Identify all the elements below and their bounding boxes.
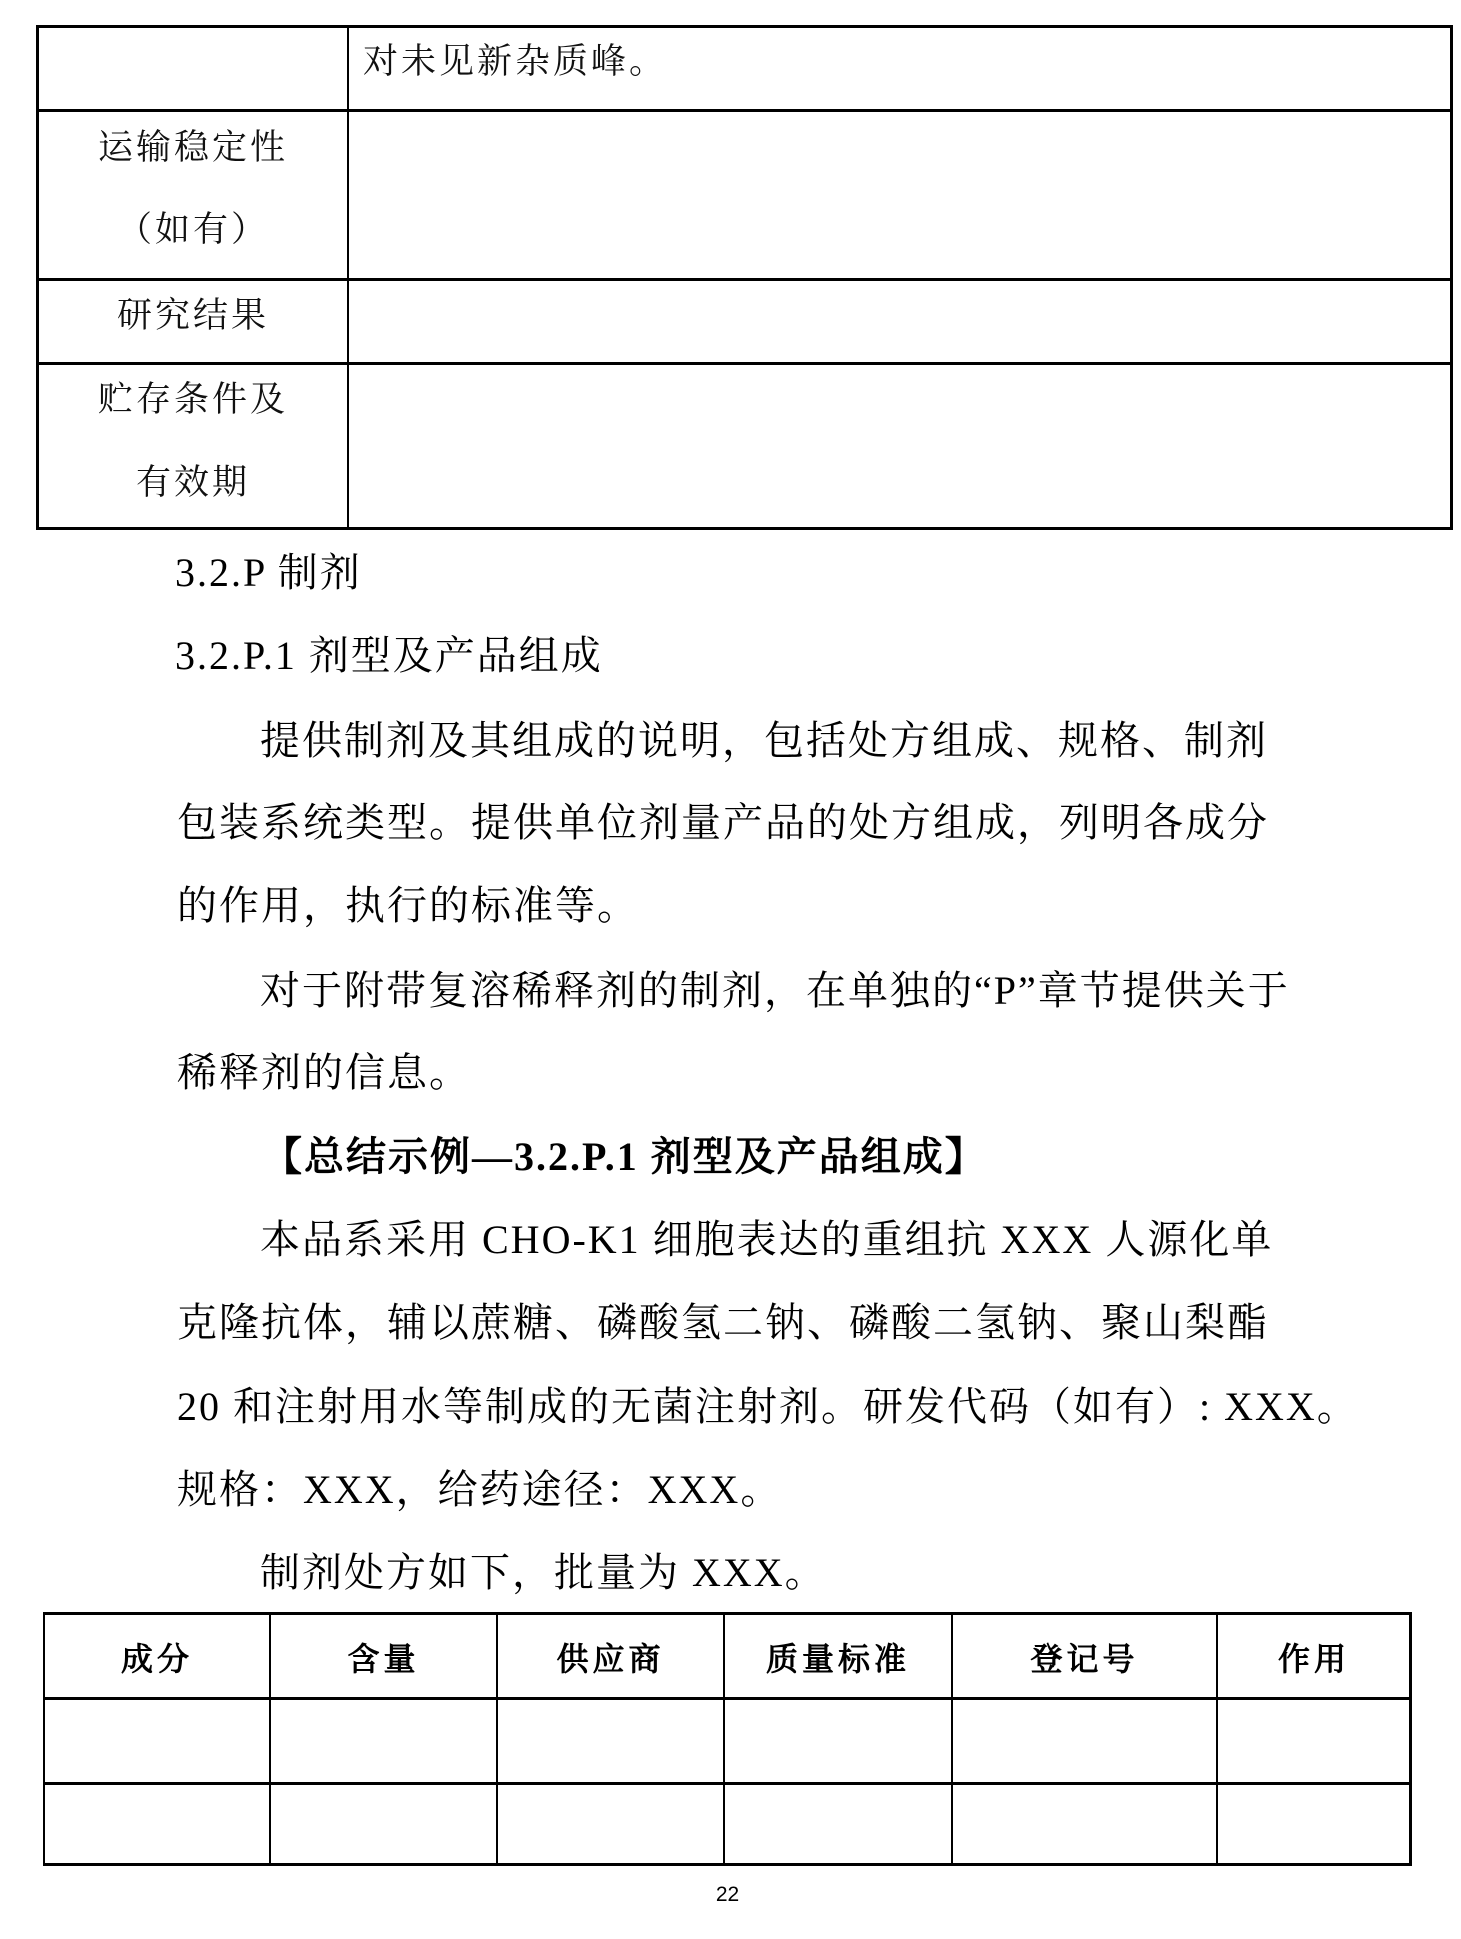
paragraph-line: 对于附带复溶稀释剂的制剂，在单独的“P”章节提供关于: [260, 967, 1290, 1015]
table-cell: [498, 1700, 723, 1783]
row-divider: [39, 109, 1450, 112]
example-heading: 【总结示例—3.2.P.1 剂型及产品组成】: [262, 1133, 987, 1181]
section-subheading: 3.2.P.1 剂型及产品组成: [175, 632, 603, 680]
paragraph-line: 提供制剂及其组成的说明，包括处方组成、规格、制剂: [260, 717, 1268, 765]
table-cell-label: （如有）: [39, 208, 347, 252]
table-cell: [45, 1785, 269, 1868]
table-cell: [45, 1700, 269, 1783]
table-cell-label: 有效期: [39, 461, 347, 505]
table-cell: [498, 1785, 723, 1868]
column-header-function: 作用: [1218, 1615, 1410, 1698]
table-cell-label: 运输稳定性: [39, 126, 347, 170]
paragraph-line: 克隆抗体，辅以蔗糖、磷酸氢二钠、磷酸二氢钠、聚山梨酯: [177, 1299, 1269, 1347]
table-cell-value: 对未见新杂质峰。: [363, 40, 667, 84]
paragraph-line: 包装系统类型。提供单位剂量产品的处方组成，列明各成分: [177, 799, 1269, 847]
paragraph-line: 20 和注射用水等制成的无菌注射剂。研发代码（如有）: XXX。: [177, 1383, 1359, 1431]
section-heading: 3.2.P 制剂: [175, 549, 362, 597]
paragraph-line: 的作用，执行的标准等。: [177, 882, 639, 930]
table-cell: [271, 1700, 496, 1783]
stability-table: 对未见新杂质峰。 运输稳定性 （如有） 研究结果 贮存条件及 有效期: [36, 25, 1453, 530]
column-header-registration-no: 登记号: [953, 1615, 1216, 1698]
column-header-ingredient: 成分: [45, 1615, 269, 1698]
paragraph-line: 稀释剂的信息。: [177, 1049, 471, 1097]
table-cell-label: 研究结果: [39, 294, 347, 338]
table-cell: [1218, 1700, 1410, 1783]
table-cell: [1218, 1785, 1410, 1868]
row-divider: [39, 362, 1450, 365]
table-cell-label: 贮存条件及: [39, 378, 347, 422]
table-cell: [725, 1785, 951, 1868]
formula-intro: 制剂处方如下，批量为 XXX。: [260, 1549, 827, 1597]
table-cell: [725, 1700, 951, 1783]
row-divider: [39, 278, 1450, 281]
column-header-supplier: 供应商: [498, 1615, 723, 1698]
formula-table: 成分 含量 供应商 质量标准 登记号 作用: [43, 1612, 1412, 1866]
paragraph-line: 规格：XXX，给药途径：XXX。: [177, 1466, 782, 1514]
paragraph-line: 本品系采用 CHO-K1 细胞表达的重组抗 XXX 人源化单: [260, 1216, 1273, 1264]
column-header-quality-standard: 质量标准: [725, 1615, 951, 1698]
table-cell: [953, 1785, 1216, 1868]
page-number: 22: [700, 1882, 755, 1908]
table-cell: [271, 1785, 496, 1868]
table-cell: [953, 1700, 1216, 1783]
column-header-amount: 含量: [271, 1615, 496, 1698]
